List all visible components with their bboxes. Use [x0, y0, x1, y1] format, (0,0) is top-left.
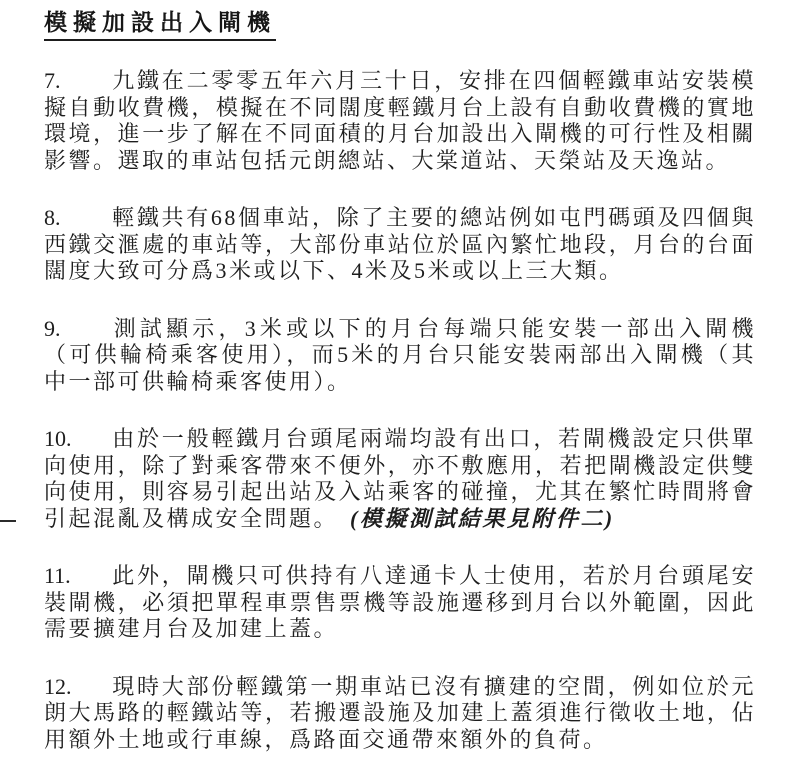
- annex-reference-note: (模擬測試結果見附件二): [350, 506, 615, 531]
- paragraph-number: 12.: [44, 674, 112, 701]
- paragraph-9: 9.測試顯示，3米或以下的月台每端只能安裝一部出入閘機（可供輪椅乘客使用），而5…: [44, 316, 756, 396]
- paragraph-number: 8.: [44, 205, 112, 232]
- section-heading: 模擬加設出入閘機: [44, 10, 276, 41]
- paragraph-text: 現時大部份輕鐵第一期車站已沒有擴建的空間，例如位於元朗大馬路的輕鐵站等，若搬遷設…: [44, 674, 756, 752]
- paragraph-text: 九鐵在二零零五年六月三十日，安排在四個輕鐵車站安裝模擬自動收費機，模擬在不同闊度…: [44, 68, 756, 173]
- paragraph-number: 9.: [44, 316, 112, 343]
- paragraph-11: 11.此外，閘機只可供持有八達通卡人士使用，若於月台頭尾安裝閘機，必須把單程車票…: [44, 563, 756, 643]
- paragraph-text: 測試顯示，3米或以下的月台每端只能安裝一部出入閘機（可供輪椅乘客使用），而5米的…: [44, 316, 756, 394]
- document-content: 模擬加設出入閘機 7.九鐵在二零零五年六月三十日，安排在四個輕鐵車站安裝模擬自動…: [0, 0, 800, 753]
- paragraph-10: 10.由於一般輕鐵月台頭尾兩端均設有出口，若閘機設定只供單向使用，除了對乘客帶來…: [44, 426, 756, 532]
- paragraph-number: 7.: [44, 68, 112, 95]
- margin-change-bar: [0, 520, 16, 522]
- paragraph-number: 10.: [44, 426, 112, 453]
- paragraph-12: 12.現時大部份輕鐵第一期車站已沒有擴建的空間，例如位於元朗大馬路的輕鐵站等，若…: [44, 674, 756, 754]
- paragraph-text: 輕鐵共有68個車站，除了主要的總站例如屯門碼頭及四個與西鐵交滙處的車站等，大部份…: [44, 205, 756, 283]
- paragraph-number: 11.: [44, 563, 112, 590]
- paragraph-text: 此外，閘機只可供持有八達通卡人士使用，若於月台頭尾安裝閘機，必須把單程車票售票機…: [44, 563, 756, 641]
- document-page: 模擬加設出入閘機 7.九鐵在二零零五年六月三十日，安排在四個輕鐵車站安裝模擬自動…: [0, 0, 800, 768]
- paragraph-7: 7.九鐵在二零零五年六月三十日，安排在四個輕鐵車站安裝模擬自動收費機，模擬在不同…: [44, 68, 756, 174]
- paragraph-8: 8.輕鐵共有68個車站，除了主要的總站例如屯門碼頭及四個與西鐵交滙處的車站等，大…: [44, 205, 756, 285]
